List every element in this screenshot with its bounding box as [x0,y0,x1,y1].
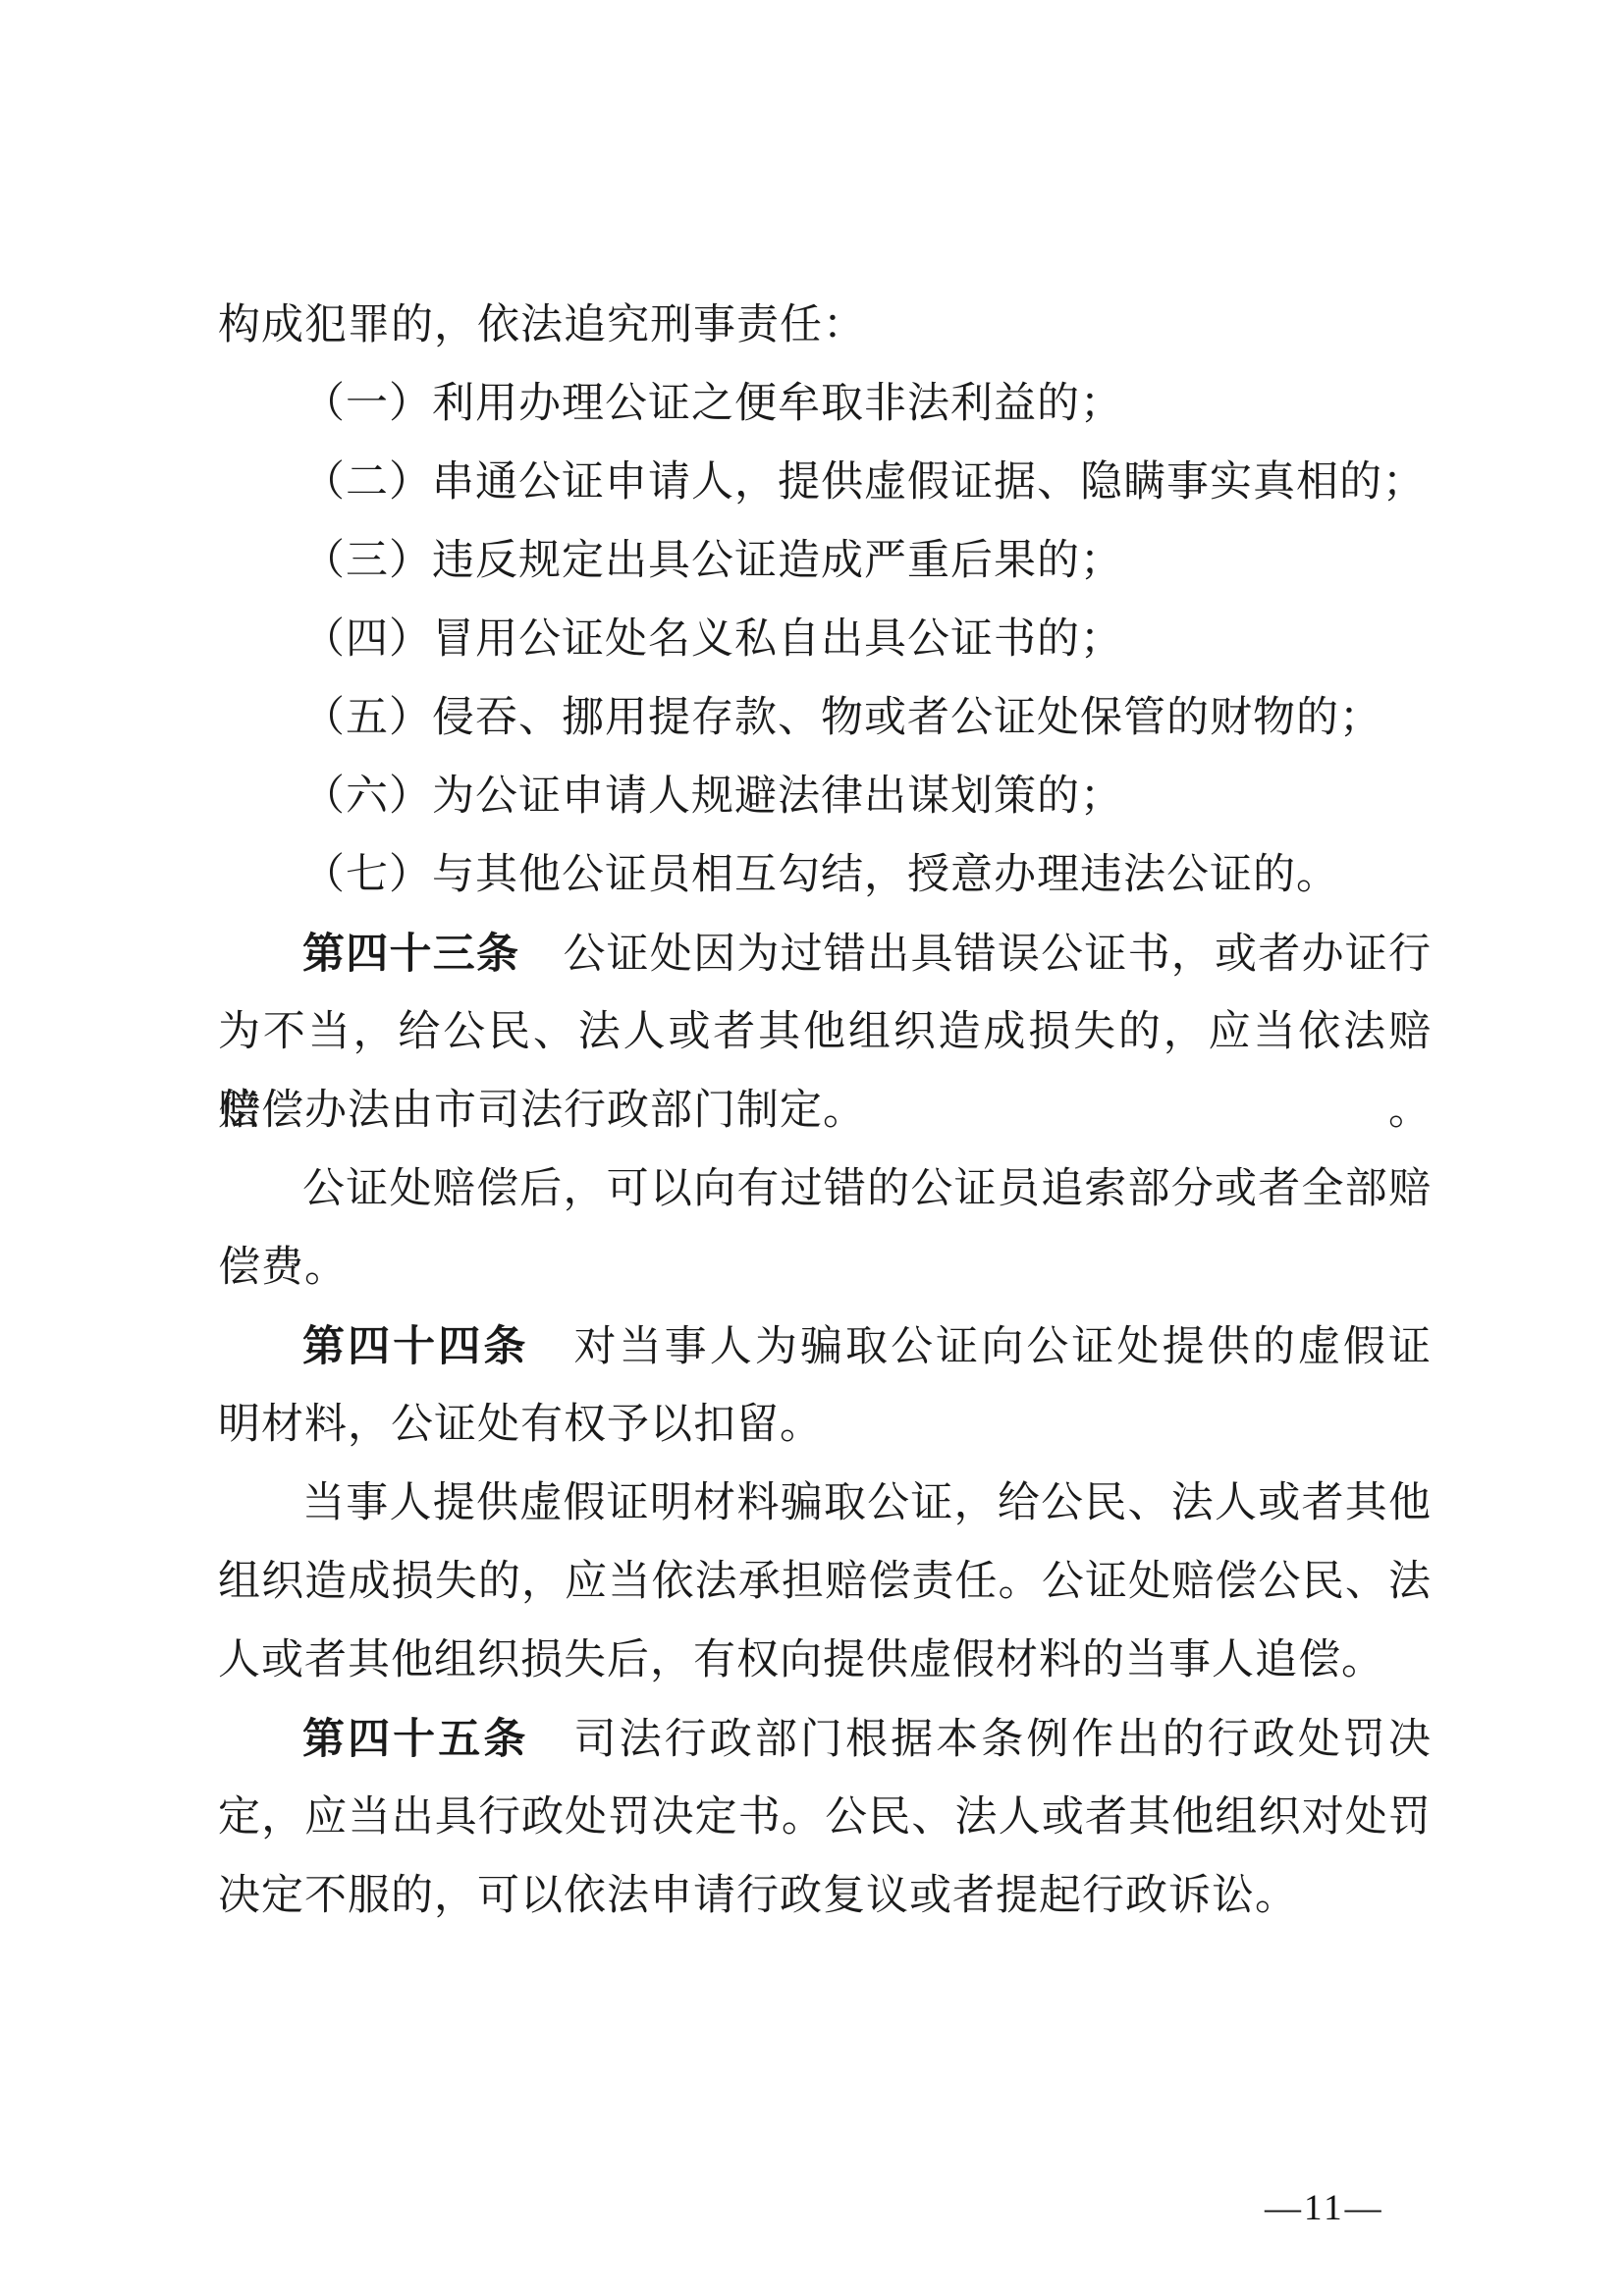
text-line: 构成犯罪的，依法追究刑事责任： [218,287,1432,365]
line-text: 构成犯罪的，依法追究刑事责任： [218,302,866,348]
line-text: 偿费。 [218,1245,348,1291]
text-line: 偿费。 [218,1229,1432,1308]
line-text: 人或者其他组织损失后，有权向提供虚假材料的当事人追偿。 [218,1637,1384,1683]
text-line: （三）违反规定出具公证造成严重后果的； [218,522,1432,601]
line-text: 对当事人为骗取公证向公证处提供的虚假证 [528,1324,1432,1370]
document-body: 构成犯罪的，依法追究刑事责任：（一）利用办理公证之便牟取非法利益的；（二）串通公… [218,287,1432,1936]
text-line: （六）为公证申请人规避法律出谋划策的； [218,758,1432,836]
text-line: （七）与其他公证员相互勾结，授意办理违法公证的。 [218,836,1432,915]
article-number: 第四十五条 [302,1716,528,1763]
article-number: 第四十四条 [302,1323,528,1370]
line-text: 司法行政部门根据本条例作出的行政处罚决 [528,1717,1432,1763]
article-number: 第四十三条 [302,931,519,978]
line-text: 赔偿办法由市司法行政部门制定。 [218,1088,866,1134]
text-line: 定，应当出具行政处罚决定书。公民、法人或者其他组织对处罚 [218,1779,1432,1857]
text-line: 当事人提供虚假证明材料骗取公证，给公民、法人或者其他 [218,1465,1432,1543]
line-text: 明材料，公证处有权予以扣留。 [218,1402,823,1448]
text-line: 公证处赔偿后，可以向有过错的公证员追索部分或者全部赔 [218,1150,1432,1229]
line-text: 公证处赔偿后，可以向有过错的公证员追索部分或者全部赔 [302,1166,1432,1212]
text-line: 人或者其他组织损失后，有权向提供虚假材料的当事人追偿。 [218,1622,1432,1700]
text-line: 决定不服的，可以依法申请行政复议或者提起行政诉讼。 [218,1857,1432,1936]
text-line: （五）侵吞、挪用提存款、物或者公证处保管的财物的； [218,679,1432,758]
line-text: 公证处因为过错出具错误公证书，或者办证行 [519,932,1432,978]
article-line: 第四十三条 公证处因为过错出具错误公证书，或者办证行 [218,915,1432,993]
line-text: 决定不服的，可以依法申请行政复议或者提起行政诉讼。 [218,1873,1298,1919]
line-text: 组织造成损失的，应当依法承担赔偿责任。公证处赔偿公民、法 [218,1559,1432,1605]
line-text: 当事人提供虚假证明材料骗取公证，给公民、法人或者其他 [302,1480,1432,1526]
text-line: （一）利用办理公证之便牟取非法利益的； [218,365,1432,444]
text-line: （四）冒用公证处名义私自出具公证书的； [218,601,1432,679]
document-page: 构成犯罪的，依法追究刑事责任：（一）利用办理公证之便牟取非法利益的；（二）串通公… [0,0,1624,2296]
line-text: 定，应当出具行政处罚决定书。公民、法人或者其他组织对处罚 [218,1794,1432,1841]
text-line: 明材料，公证处有权予以扣留。 [218,1386,1432,1465]
text-line: 组织造成损失的，应当依法承担赔偿责任。公证处赔偿公民、法 [218,1543,1432,1622]
line-text: （二）串通公证申请人，提供虚假证据、隐瞒事实真相的； [302,459,1426,506]
text-line: （二）串通公证申请人，提供虚假证据、隐瞒事实真相的； [218,444,1432,522]
line-text: （七）与其他公证员相互勾结，授意办理违法公证的。 [302,852,1339,898]
line-text: （三）违反规定出具公证造成严重后果的； [302,538,1123,584]
article-line: 第四十五条 司法行政部门根据本条例作出的行政处罚决 [218,1700,1432,1779]
line-text: （六）为公证申请人规避法律出谋划策的； [302,774,1123,820]
line-text: （一）利用办理公证之便牟取非法利益的； [302,381,1123,427]
line-text: （五）侵吞、挪用提存款、物或者公证处保管的财物的； [302,695,1382,741]
page-number: —11— [1265,2187,1384,2230]
text-line: 为不当，给公民、法人或者其他组织造成损失的，应当依法赔偿。 [218,993,1432,1072]
line-text: （四）冒用公证处名义私自出具公证书的； [302,616,1123,663]
article-line: 第四十四条 对当事人为骗取公证向公证处提供的虚假证 [218,1308,1432,1386]
